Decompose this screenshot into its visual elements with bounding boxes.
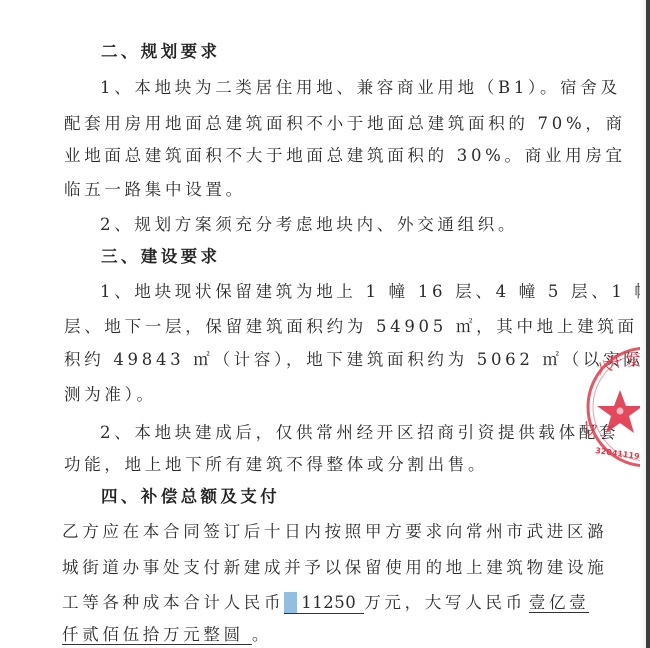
section-heading-compensation: 四、补偿总额及支付 [101,486,280,508]
sentence-end: 。 [252,625,272,644]
document-page: 二、规划要求 1、本地块为二类居住用地、兼容商业用地（B1）。宿舍及 配套用房用… [0,0,646,648]
paragraph-line: 2、本地块建成后，仅供常州经开区招商引资提供载体配套 [100,422,619,444]
amount-prefix: 工等各种成本合计人民币 [62,593,284,612]
paragraph-line: 业地面总建筑面积不大于地面总建筑面积的 30%。商业用房宜 [64,145,626,167]
paragraph-line: 测为准）。 [64,384,157,406]
amount-upper-part2: 仟贰佰伍拾万元整圆 [62,625,252,645]
svg-text:乙: 乙 [585,417,601,440]
paragraph-line: 城街道办事处支付新建成并予以保留使用的地上建筑物建设施 [62,557,607,579]
svg-text:发: 发 [624,350,641,370]
amount-unit-text: 万元，大写人民币 [364,593,526,612]
paragraph-line: 层、地下一层，保留建筑面积约为 54905 ㎡，其中地上建筑面 [64,316,638,338]
amount-upper-line: 仟贰佰伍拾万元整圆。 [62,624,272,646]
viewer-edge-bar [646,0,650,648]
paragraph-line: 2、规划方案须充分考虑地块内、外交通组织。 [100,214,518,236]
paragraph-line: 1、地块现状保留建筑为地上 1 幢 16 层、4 幢 5 层、1 幢 3 [100,281,650,303]
paragraph-line: 乙方应在本合同签订后十日内按照甲方要求向常州市武进区潞 [62,521,607,543]
paragraph-line: 功能，地上地下所有建筑不得整体或分割出售。 [64,454,488,476]
paragraph-line: 1、本地块为二类居住用地、兼容商业用地（B1）。宿舍及 [100,77,621,99]
text-cursor-highlight [284,592,297,613]
amount-value: 11250 [301,593,356,612]
paragraph-line: 临五一路集中设置。 [64,179,246,201]
paragraph-line: 积约 49843 ㎡（计容），地下建筑面积约为 5062 ㎡（以实际勘 [64,349,650,371]
section-heading-construction: 三、建设要求 [101,246,220,268]
section-heading-planning: 二、规划要求 [101,41,220,63]
amount-line: 工等各种成本合计人民币11250万元，大写人民币壹亿壹 [62,592,589,614]
paragraph-line: 配套用房用地面总建筑面积不小于地面总建筑面积的 70%，商 [64,113,626,135]
amount-field[interactable]: 11250 [284,592,364,614]
amount-upper-part1: 壹亿壹 [529,593,590,613]
